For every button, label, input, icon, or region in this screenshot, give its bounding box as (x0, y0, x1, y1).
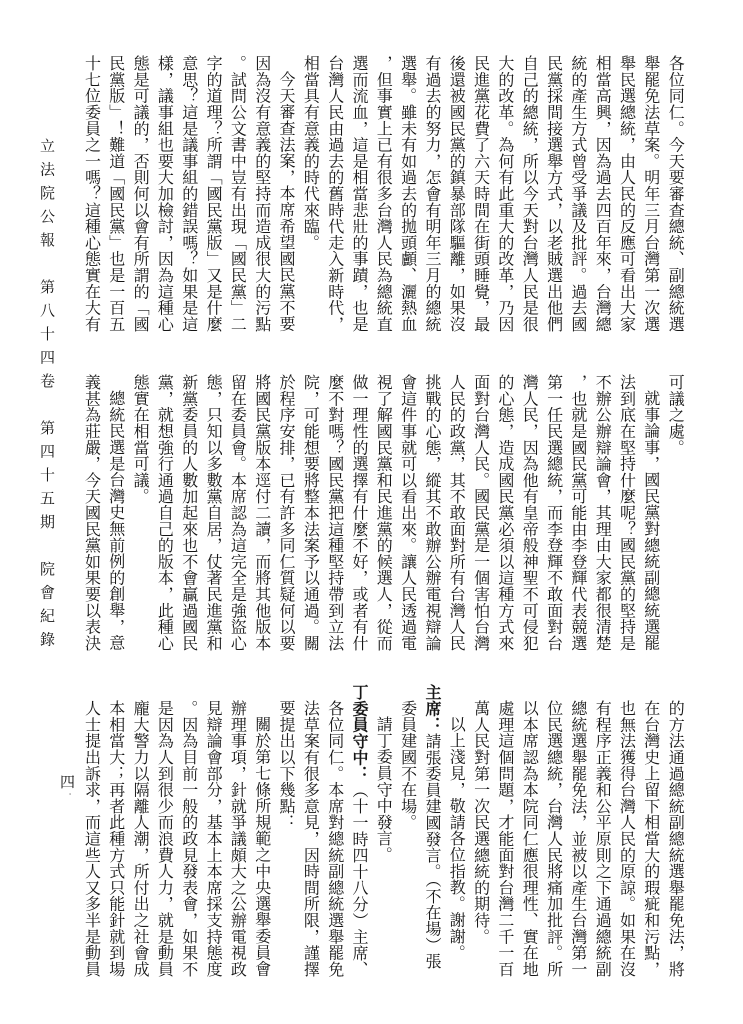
text-column: 總統選舉罷免法，並被以產生台灣第一 (566, 700, 590, 977)
text-column: 處理這個問題，才能面對台灣二千一百 (493, 700, 517, 977)
text-column: 以上淺見，敬請各位指教。謝謝。 (444, 716, 468, 961)
text-column: 人士提出訴求，而這些人又多半是動員 (79, 700, 103, 977)
text-column: 本相當大；再者此種方式只能針就到場 (104, 700, 128, 977)
text-column: 辦理事項，針就爭議頗大之公辦電視政 (225, 700, 249, 977)
text-column: 龐大警力以隔離人潮，所付出之社會成 (128, 700, 152, 977)
text-column: 請丁委員守中發言。 (371, 716, 395, 863)
text-column: 。因為目前一般的政見發表會，如果不 (177, 700, 201, 977)
text-column: 見辯論會部分，基本上本席採支持態度 (201, 700, 225, 977)
text-column: 委員建國不在場。 (395, 700, 419, 830)
text-column: 關於第七條所規範之中央選舉委員會 (249, 716, 273, 977)
text-column: 各位同仁。本席對總統副總統選舉罷免 (322, 700, 346, 977)
text-column: 要提出以下幾點： (274, 700, 298, 830)
speaker-column: 丁委員守中：（十一時四十八分）主席、 (347, 684, 371, 977)
text-column: 位民選總統，台灣人民將痛加批評。所 (541, 700, 565, 977)
speaker-name: 主席： (423, 684, 442, 733)
text-column: 也無法獲得台灣人民的原諒。如果在沒 (614, 700, 638, 977)
text-column: 是因為人到很少而浪費人力，就是動員 (152, 700, 176, 977)
text-column: 法草案有很多意見，因時間所限，謹擇 (298, 700, 322, 977)
text-column: 萬人民對第一次民選總統的期待。 (468, 700, 492, 945)
text-band-3: 的方法通過總統副總統選舉罷免法，將在台灣史上留下相當大的瑕疵和污點，也無法獲得台… (0, 0, 743, 1024)
text-column: 有程序正義和公平原則之下通過總統副 (590, 700, 614, 977)
speaker-name: 丁委員守中： (350, 684, 369, 782)
text-column: 以本席認為本院同仁應很理性、實在地 (517, 700, 541, 977)
gazette-page: 立法院公報 第八十四卷 第四十五期 院會紀錄 四． 各位同仁。今天要審查總統、副… (0, 0, 743, 1024)
text-column: 在台灣史上留下相當大的瑕疵和污點， (639, 700, 663, 977)
text-column: 的方法通過總統副總統選舉罷免法，將 (663, 700, 687, 977)
speaker-column: 主席：請張委員建國發言。（不在場）張 (420, 684, 444, 969)
